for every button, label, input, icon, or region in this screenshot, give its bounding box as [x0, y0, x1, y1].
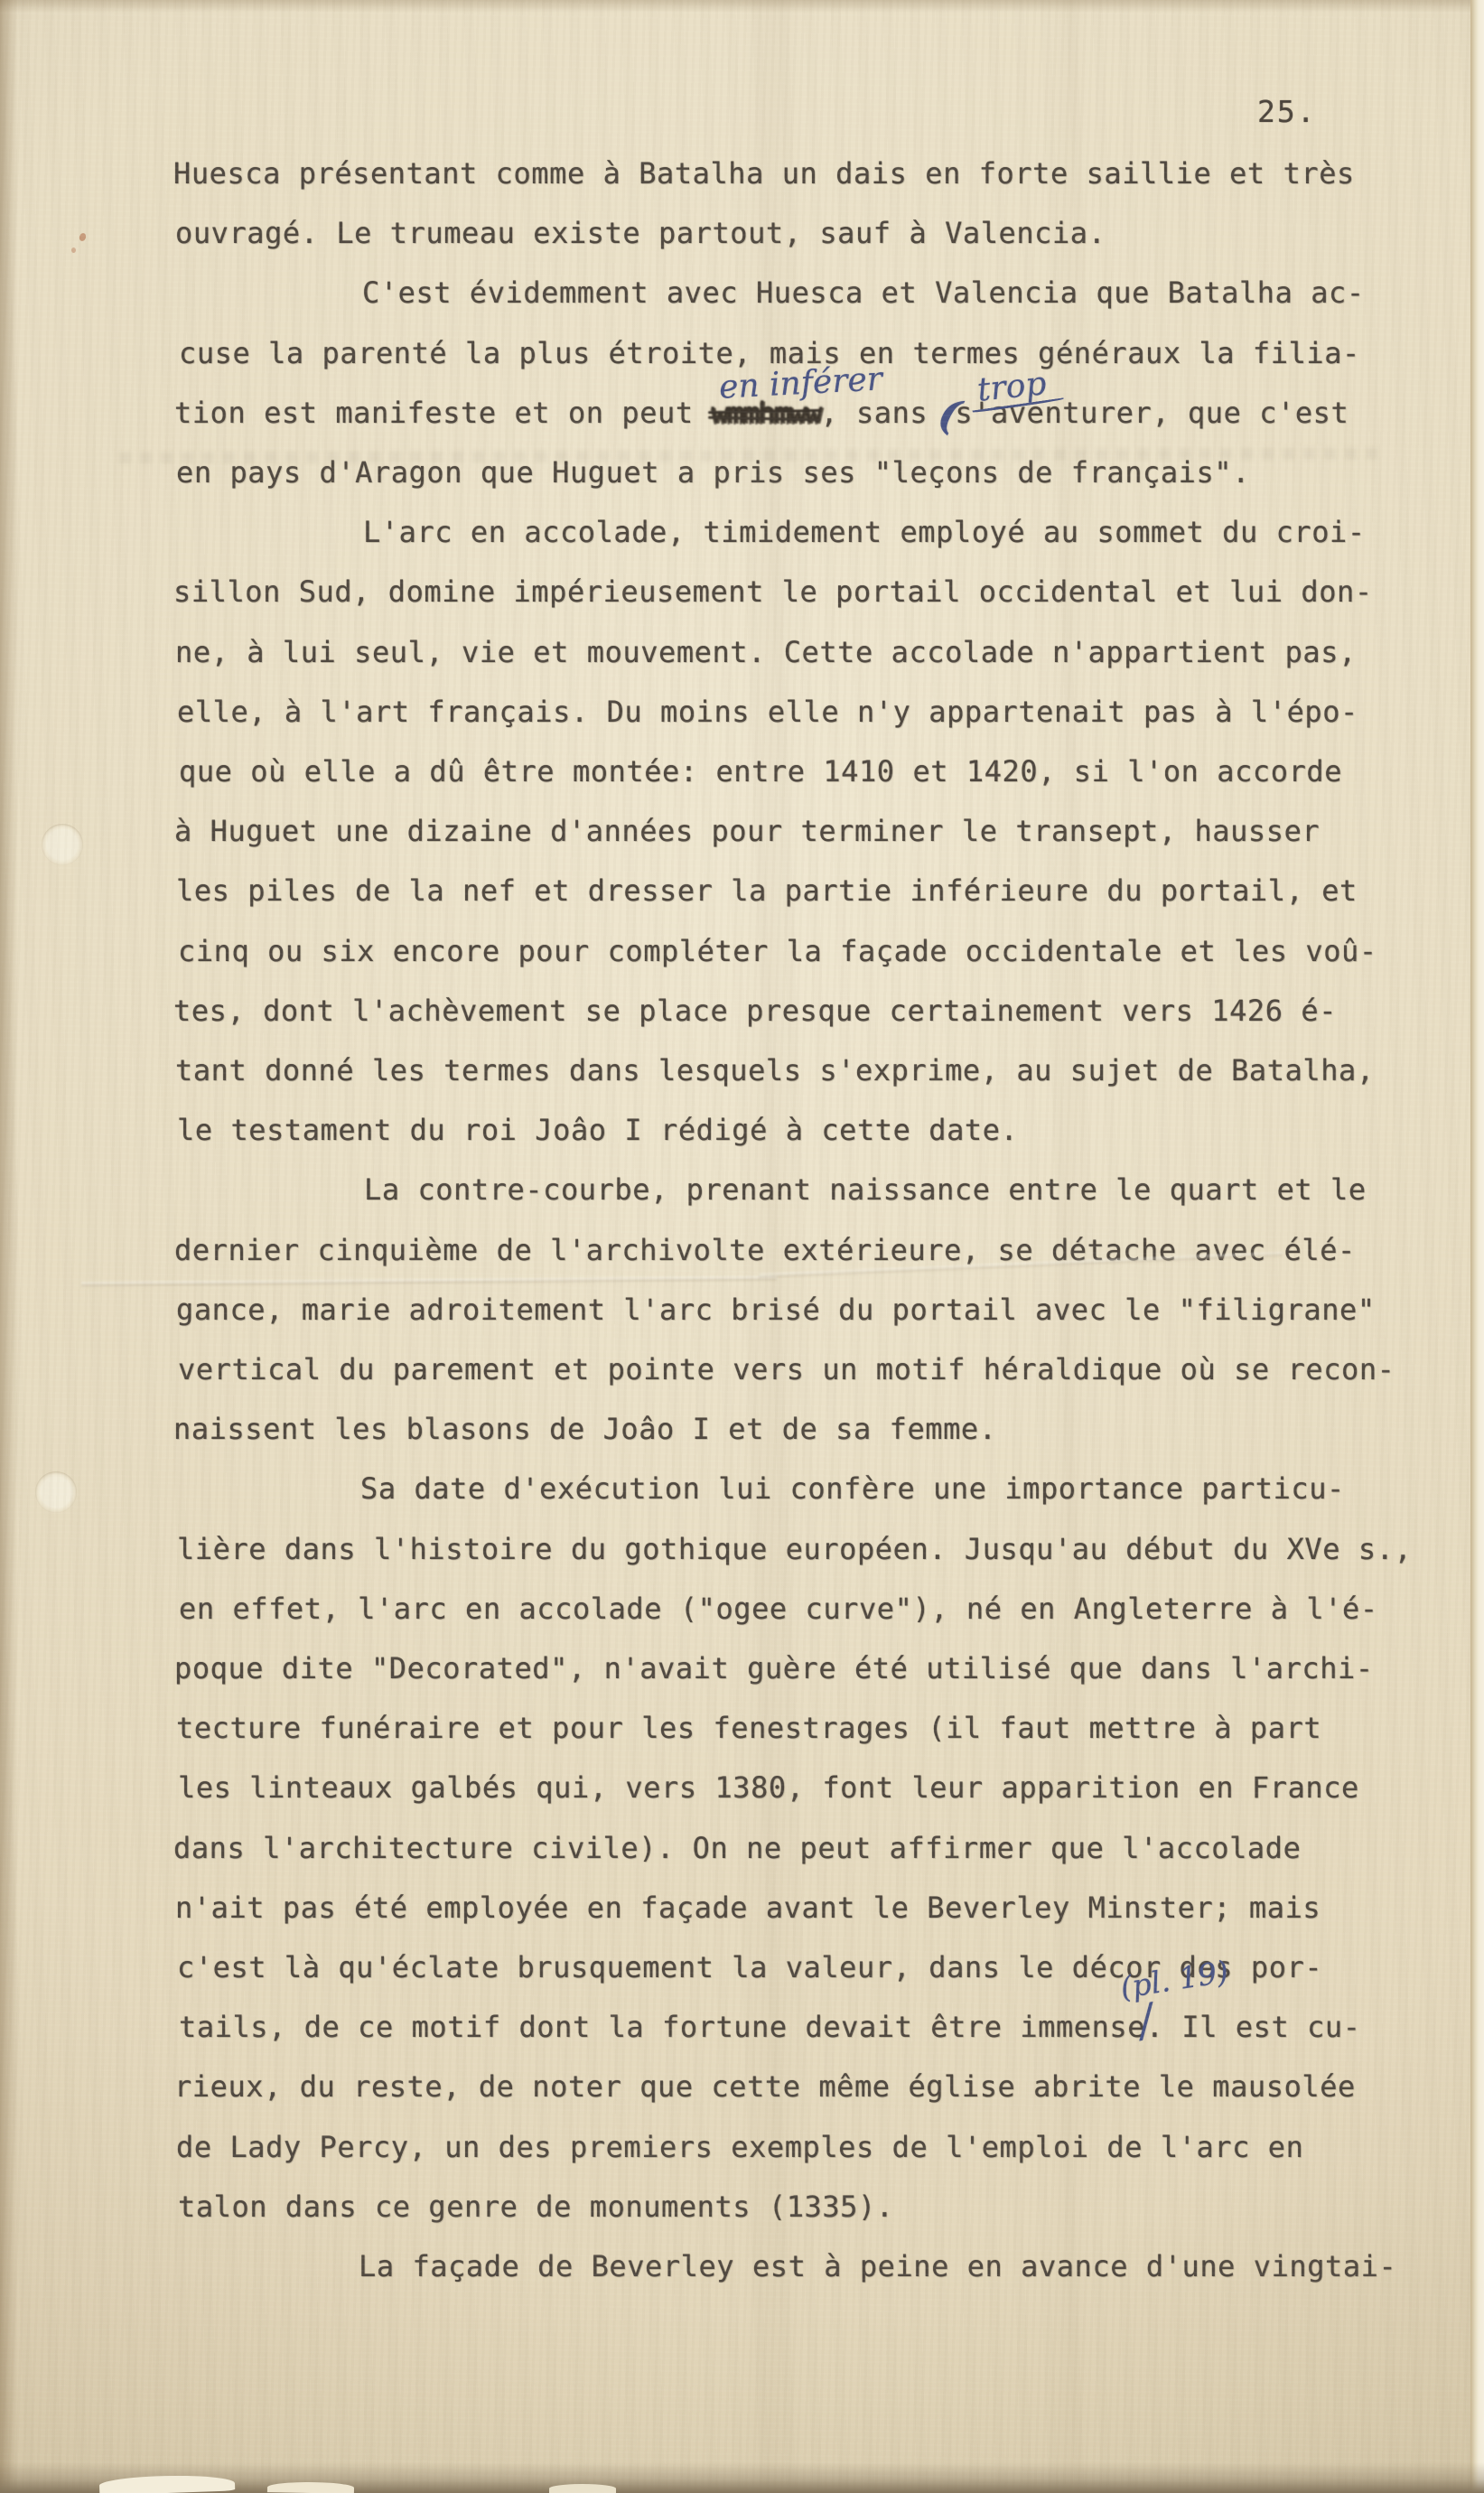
scan-edge-right — [1470, 0, 1484, 2493]
text-line: Huesca présentant comme à Batalha un dai… — [173, 155, 1355, 191]
text-line: La contre-courbe, prenant naissance entr… — [179, 1172, 1367, 1208]
text-line: La façade de Beverley est à peine en ava… — [173, 2248, 1396, 2284]
text-line: de Lady Percy, un des premiers exemples … — [176, 2129, 1303, 2165]
hole-punch — [35, 1471, 77, 1513]
scanned-document: { "page": { "number": "25.", "lines": [ … — [0, 0, 1484, 2493]
text-line: gance, marie adroitement l'arc brisé du … — [176, 1292, 1376, 1328]
scan-edge-left — [0, 0, 18, 2493]
text-line: cinq ou six encore pour compléter la faç… — [178, 933, 1377, 969]
torn-paper-chip — [549, 2484, 616, 2493]
text-line: elle, à l'art français. Du moins elle n'… — [177, 694, 1358, 730]
text-line: poque dite "Decorated", n'avait guère ét… — [174, 1650, 1374, 1686]
text-line: tecture funéraire et pour les fenestrage… — [176, 1710, 1321, 1746]
text-line: talon dans ce genre de monuments (1335). — [178, 2189, 894, 2225]
text-line: les piles de la nef et dresser la partie… — [176, 873, 1358, 909]
text-line: ouvragé. Le trumeau existe partout, sauf… — [175, 215, 1106, 251]
text-line: n'ait pas été employée en façade avant l… — [175, 1890, 1321, 1926]
text-line: dans l'architecture civile). On ne peut … — [173, 1830, 1301, 1866]
text-line: tes, dont l'achèvement se place presque … — [173, 993, 1337, 1029]
text-line: que où elle a dû être montée: entre 1410… — [179, 753, 1342, 789]
text-line: dernier cinquième de l'archivolte extéri… — [174, 1232, 1356, 1268]
text-line: vertical du parement et pointe vers un m… — [178, 1351, 1395, 1387]
handwritten-insertion-trop: trop — [975, 365, 1048, 409]
hole-punch — [42, 824, 83, 865]
text-line: sillon Sud, domine impérieusement le por… — [173, 574, 1373, 610]
handwritten-insertion-slash: / — [1139, 2019, 1153, 2021]
text-line: L'arc en accolade, timidement employé au… — [178, 514, 1366, 550]
text-line: rieux, du reste, de noter que cette même… — [174, 2068, 1356, 2105]
text-line: les linteaux galbés qui, vers 1380, font… — [178, 1769, 1359, 1806]
text-segment: , sans — [820, 396, 946, 430]
text-line: en effet, l'arc en accolade ("ogee curve… — [179, 1591, 1378, 1627]
text-line: naissent les blasons de Joâo I et de sa … — [173, 1411, 997, 1447]
rust-speck — [71, 247, 76, 253]
text-line: tails, de ce motif dont la fortune devai… — [179, 2009, 1361, 2045]
text-line: Sa date d'exécution lui confère une impo… — [175, 1471, 1345, 1507]
text-segment: . Il est cu- — [1146, 2010, 1361, 2044]
document-page: 25. Huesca présentant comme à Batalha un… — [0, 0, 1484, 2493]
text-line: à Huguet une dizaine d'années pour termi… — [174, 813, 1320, 849]
text-line: C'est évidemment avec Huesca et Valencia… — [177, 275, 1365, 311]
text-segment: tails, de ce motif dont la fortune devai… — [179, 2010, 1145, 2044]
text-line: le testament du roi Joâo I rédigé à cett… — [177, 1112, 1018, 1148]
handwritten-caret-mark: ( — [940, 412, 959, 417]
text-segment: tion est manifeste et on peut — [174, 396, 711, 430]
torn-paper-chip — [267, 2481, 354, 2493]
text-line: tant donné les termes dans lesquels s'ex… — [175, 1052, 1375, 1088]
text-line: ne, à lui seul, vie et mouvement. Cette … — [175, 634, 1357, 670]
text-line: en pays d'Aragon que Huguet a pris ses "… — [176, 454, 1250, 490]
text-line: lière dans l'histoire du gothique europé… — [177, 1531, 1412, 1567]
scan-edge-top — [0, 0, 1484, 13]
